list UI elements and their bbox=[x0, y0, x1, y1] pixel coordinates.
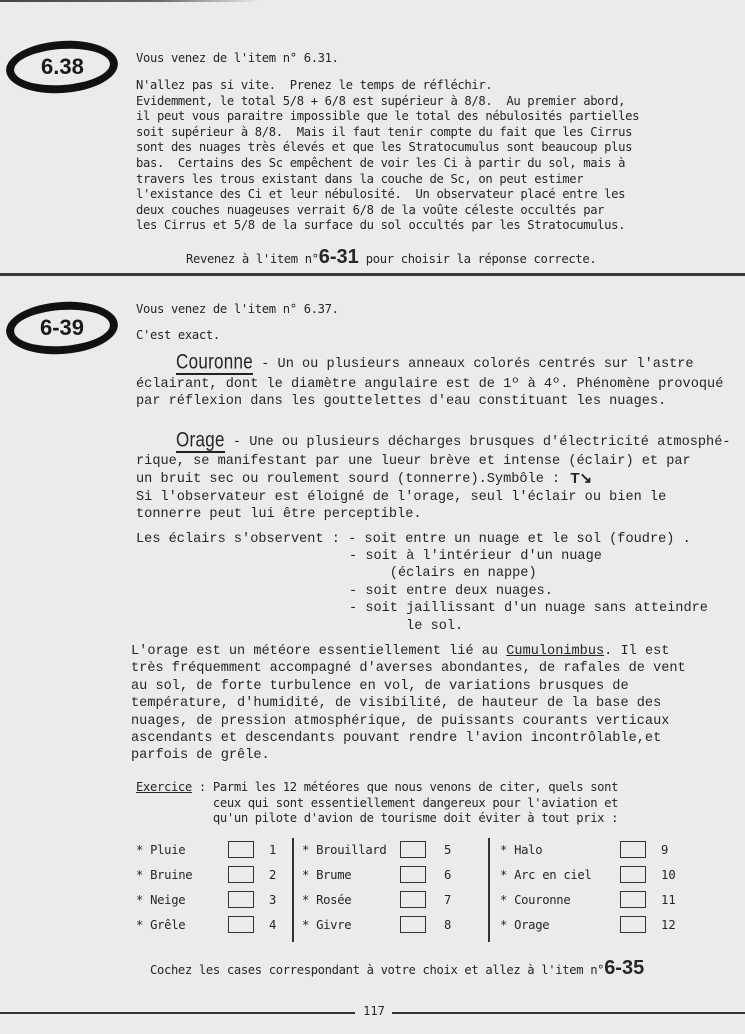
text-line: rique, se manifestant par une lueur brèv… bbox=[136, 453, 691, 470]
text-line: qu'un pilote d'avion de tourisme doit év… bbox=[136, 811, 618, 827]
return-instruction-6-38: Revenez à l'item n°6-31 pour choisir la … bbox=[172, 234, 596, 267]
option-label: * Halo bbox=[500, 843, 542, 857]
option-label: * Orage bbox=[500, 918, 549, 932]
option-row: * Brume bbox=[302, 865, 351, 885]
option-row: * Grêle bbox=[136, 915, 185, 935]
text-line: nuages, de pression atmosphérique, de pu… bbox=[131, 713, 686, 730]
meteor-checkbox-grid: * Pluie 1 * Bruine 2 * Neige 3 * Grêle 4… bbox=[136, 838, 716, 942]
text-line: éclairant, dont le diamètre angulaire es… bbox=[136, 376, 723, 393]
page-top-edge bbox=[0, 0, 260, 2]
badge-label: 6.38 bbox=[41, 54, 84, 80]
option-row: * Halo bbox=[500, 840, 542, 860]
exercice-instruction: Cochez les cases correspondant à votre c… bbox=[136, 945, 644, 978]
checkbox-rosee[interactable] bbox=[400, 891, 426, 908]
checkbox-bruine[interactable] bbox=[228, 866, 254, 883]
symbol-text: un bruit sec ou roulement sourd (tonnerr… bbox=[136, 472, 568, 487]
text-span: . Il est bbox=[604, 644, 669, 659]
option-row: * Orage bbox=[500, 915, 549, 935]
item-badge-6-39: 6-39 bbox=[4, 298, 119, 358]
text-line: ceux qui sont essentiellement dangereux … bbox=[136, 796, 618, 812]
list-item: - soit entre deux nuages. bbox=[349, 583, 708, 600]
option-label: * Grêle bbox=[136, 918, 185, 932]
text-line: il peut vous paraitre impossible que le … bbox=[136, 109, 639, 125]
text-line: deux couches nuageuses verrait 6/8 de la… bbox=[136, 203, 639, 219]
badge-label: 6-39 bbox=[40, 315, 84, 341]
text-line: L'orage est un météore essentiellement l… bbox=[131, 643, 686, 660]
text-span: L'orage est un météore essentiellement l… bbox=[131, 644, 506, 659]
option-row: * Neige bbox=[136, 890, 185, 910]
option-row: * Couronne bbox=[500, 890, 570, 910]
explanation-6-38: N'allez pas si vite. Prenez le temps de … bbox=[136, 78, 639, 234]
text-line: tonnerre peut lui être perceptible. bbox=[136, 506, 691, 523]
option-number: 1 bbox=[269, 843, 276, 857]
option-number: 2 bbox=[269, 868, 276, 882]
checkbox-halo[interactable] bbox=[620, 841, 646, 858]
section-divider bbox=[0, 273, 745, 276]
checkbox-arc-en-ciel[interactable] bbox=[620, 866, 646, 883]
option-row: * Pluie bbox=[136, 840, 185, 860]
option-label: * Brume bbox=[302, 868, 351, 882]
option-number: 5 bbox=[444, 843, 451, 857]
term-underline: Orage bbox=[176, 430, 225, 453]
text-line: - Une ou plusieurs décharges brusques d'… bbox=[225, 435, 731, 450]
couronne-heading: Couronne - Un ou plusieurs anneaux color… bbox=[176, 352, 694, 375]
checkbox-orage[interactable] bbox=[620, 916, 646, 933]
list-item: (éclairs en nappe) bbox=[349, 565, 708, 582]
list-item: - soit jaillissant d'un nuage sans attei… bbox=[349, 600, 708, 617]
instruction-text: Cochez les cases correspondant à votre c… bbox=[150, 963, 604, 977]
text-line: très fréquemment accompagné d'averses ab… bbox=[131, 660, 686, 677]
option-number: 12 bbox=[661, 918, 676, 932]
text-line: soit supérieur à 8/8. Mais il faut tenir… bbox=[136, 125, 639, 141]
term-underline: Couronne bbox=[176, 352, 253, 375]
checkbox-neige[interactable] bbox=[228, 891, 254, 908]
eclairs-intro: Les éclairs s'observent : bbox=[136, 532, 348, 547]
eclairs-intro-line: Les éclairs s'observent : - soit entre u… bbox=[136, 531, 691, 548]
text-line: Si l'observateur est éloigné de l'orage,… bbox=[136, 489, 691, 506]
column-divider bbox=[488, 838, 490, 942]
text-span: : Parmi les 12 météores que nous venons … bbox=[192, 780, 618, 794]
option-number: 10 bbox=[661, 868, 676, 882]
option-number: 7 bbox=[444, 893, 451, 907]
list-item: - soit à l'intérieur d'un nuage bbox=[349, 548, 708, 565]
text-line: N'allez pas si vite. Prenez le temps de … bbox=[136, 78, 639, 94]
from-item-6-39: Vous venez de l'item n° 6.37. bbox=[136, 302, 339, 318]
option-label: * Givre bbox=[302, 918, 351, 932]
checkbox-givre[interactable] bbox=[400, 916, 426, 933]
text-line: au sol, de forte turbulence en vol, de v… bbox=[131, 678, 686, 695]
orage-heading: Orage - Une ou plusieurs décharges brusq… bbox=[176, 430, 731, 453]
option-row: * Bruine bbox=[136, 865, 192, 885]
checkbox-pluie[interactable] bbox=[228, 841, 254, 858]
orage-definition: rique, se manifestant par une lueur brèv… bbox=[136, 453, 691, 524]
text-line: température, d'humidité, de visibilité, … bbox=[131, 695, 686, 712]
list-item: - soit entre un nuage et le sol (foudre)… bbox=[348, 532, 691, 547]
footer-rule-left bbox=[0, 1012, 355, 1014]
text-line: sont des nuages très élevés et que les S… bbox=[136, 140, 639, 156]
next-item-link[interactable]: 6-35 bbox=[604, 957, 644, 979]
text-line: Evidemment, le total 5/8 + 6/8 est supér… bbox=[136, 94, 639, 110]
text-line: ascendants et descendants pouvant rendre… bbox=[131, 730, 686, 747]
option-number: 4 bbox=[269, 918, 276, 932]
couronne-definition: éclairant, dont le diamètre angulaire es… bbox=[136, 376, 723, 411]
item-badge-6-38: 6.38 bbox=[4, 37, 119, 97]
term-couronne: Couronne bbox=[176, 350, 253, 375]
option-number: 8 bbox=[444, 918, 451, 932]
return-prefix: Revenez à l'item n° bbox=[186, 252, 319, 266]
text-line: parfois de grêle. bbox=[131, 747, 686, 764]
option-row: * Givre bbox=[302, 915, 351, 935]
list-item: le sol. bbox=[349, 618, 708, 635]
return-item-link[interactable]: 6-31 bbox=[319, 246, 359, 268]
checkbox-couronne[interactable] bbox=[620, 891, 646, 908]
option-label: * Rosée bbox=[302, 893, 351, 907]
eclairs-continuation: - soit à l'intérieur d'un nuage (éclairs… bbox=[349, 548, 708, 635]
thunderstorm-symbol-icon: T↘ bbox=[570, 470, 592, 487]
option-label: * Bruine bbox=[136, 868, 192, 882]
column-divider bbox=[292, 838, 294, 942]
exercice-prompt: Exercice : Parmi les 12 météores que nou… bbox=[136, 780, 618, 827]
checkbox-brouillard[interactable] bbox=[400, 841, 426, 858]
checkbox-grele[interactable] bbox=[228, 916, 254, 933]
option-label: * Neige bbox=[136, 893, 185, 907]
verdict-6-39: C'est exact. bbox=[136, 328, 220, 344]
from-item-6-38: Vous venez de l'item n° 6.31. bbox=[136, 51, 339, 67]
option-number: 3 bbox=[269, 893, 276, 907]
text-line: bas. Certains des Sc empêchent de voir l… bbox=[136, 156, 639, 172]
text-line: travers les trous existant dans la couch… bbox=[136, 172, 639, 188]
option-label: * Couronne bbox=[500, 893, 570, 907]
option-label: * Pluie bbox=[136, 843, 185, 857]
option-label: * Arc en ciel bbox=[500, 868, 592, 882]
option-number: 6 bbox=[444, 868, 451, 882]
text-line: l'existance des Ci et leur nébulosité. U… bbox=[136, 187, 639, 203]
text-line: un bruit sec ou roulement sourd (tonnerr… bbox=[136, 470, 691, 488]
exercice-label: Exercice bbox=[136, 780, 192, 794]
text-line: Exercice : Parmi les 12 météores que nou… bbox=[136, 780, 618, 796]
checkbox-brume[interactable] bbox=[400, 866, 426, 883]
cumulonimbus-underlined: Cumulonimbus bbox=[506, 644, 604, 659]
option-row: * Arc en ciel bbox=[500, 865, 592, 885]
page-number: 117 bbox=[356, 1004, 392, 1018]
eclairs-list: Les éclairs s'observent : - soit entre u… bbox=[136, 531, 691, 548]
option-row: * Brouillard bbox=[302, 840, 386, 860]
return-suffix: pour choisir la réponse correcte. bbox=[359, 252, 597, 266]
cumulonimbus-paragraph: L'orage est un météore essentiellement l… bbox=[131, 643, 686, 765]
text-line: les Cirrus et 5/8 de la surface du sol o… bbox=[136, 218, 639, 234]
option-number: 9 bbox=[661, 843, 668, 857]
option-row: * Rosée bbox=[302, 890, 351, 910]
option-number: 11 bbox=[661, 893, 676, 907]
option-label: * Brouillard bbox=[302, 843, 386, 857]
footer-rule-right bbox=[392, 1012, 745, 1014]
text-line: - Un ou plusieurs anneaux colorés centré… bbox=[253, 357, 694, 372]
text-line: par réflexion dans les gouttelettes d'ea… bbox=[136, 393, 723, 410]
term-orage: Orage bbox=[176, 428, 225, 453]
